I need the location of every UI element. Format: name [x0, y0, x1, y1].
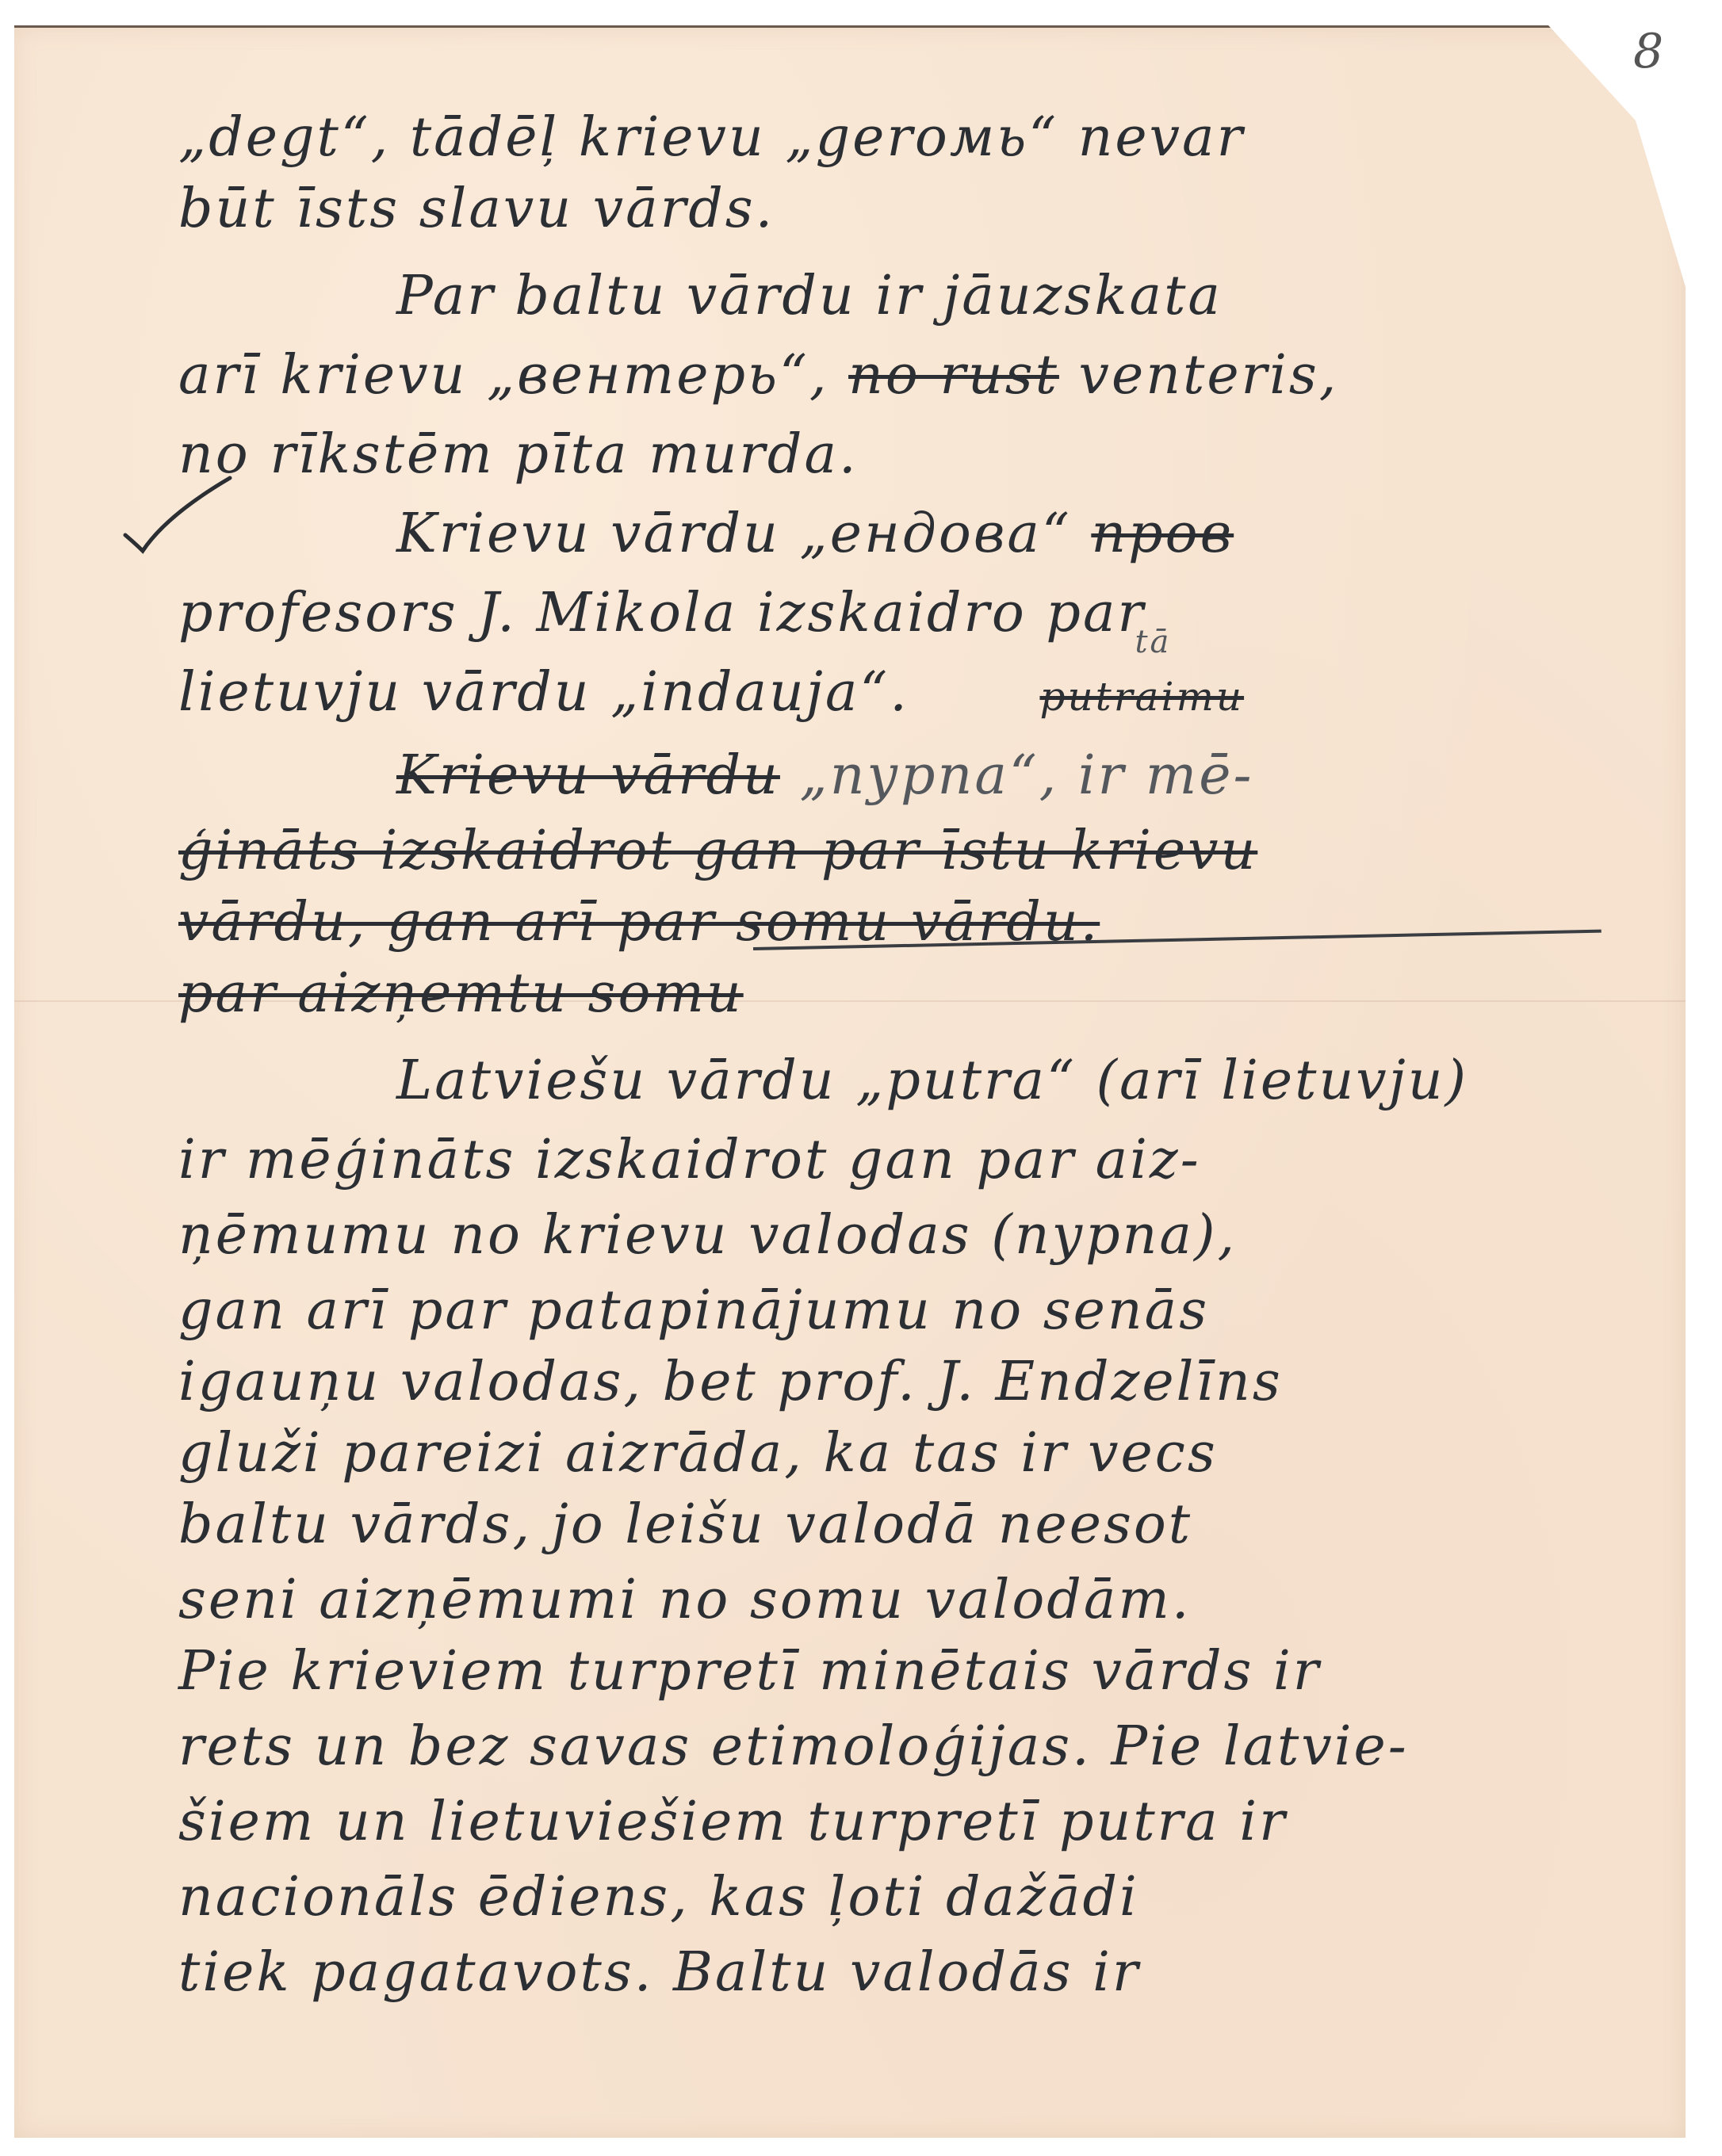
text-line: gan arī par patapinājumu no senās [178, 1284, 1209, 1338]
text-line: igauņu valodas, bet prof. J. Endzelīns [178, 1355, 1283, 1409]
text-line: nacionāls ēdiens, kas ļoti dažādi [178, 1871, 1139, 1925]
text-line: lietuvju vārdu „indauja“. tā putraimu [178, 666, 1244, 720]
struck-text: „пурпа“, ir mē- [780, 744, 1254, 807]
text-line: no rīkstēm pīta murda. [178, 428, 859, 482]
struck-paragraph-line: Krievu vārdu „пурпа“, ir mē- [396, 749, 1253, 803]
text-line: ņēmumu no krievu valodas (пурпа), [178, 1209, 1237, 1263]
paragraph-start-line: Krievu vārdu „ендова“ пров [396, 507, 1234, 561]
paragraph-start-line: Par baltu vārdu ir jāuzskata [396, 269, 1223, 323]
struck-text: putraimu [1039, 674, 1244, 720]
text-line: ir mēģināts izskaidrot gan par aiz- [178, 1133, 1201, 1187]
struck-line: vārdu, gan arī par somu vārdu. [178, 896, 1100, 950]
text-line: šiem un lietuviešiem turpretī putra ir [178, 1795, 1288, 1849]
text-line: seni aizņēmumi no somu valodām. [178, 1573, 1191, 1627]
struck-text: Krievu vārdu [396, 744, 780, 807]
manuscript-body: „degt“, tādēļ krievu „gerомь“ nevar būt … [0, 0, 1722, 2156]
text-line: rets un bez savas etimoloģijas. Pie latv… [178, 1720, 1409, 1774]
struck-text: пров [1091, 503, 1234, 565]
text-fragment: Krievu vārdu „ендова“ [396, 503, 1091, 565]
struck-line: ģināts izskaidrot gan par īstu krievu [178, 824, 1257, 878]
text-line: gluži pareizi aizrāda, ka tas ir vecs [178, 1427, 1218, 1481]
text-line: „degt“, tādēļ krievu „gerомь“ nevar [178, 111, 1245, 165]
text-line: Pie krieviem turpretī minētais vārds ir [178, 1645, 1321, 1699]
text-line: tiek pagatavots. Baltu valodās ir [178, 1946, 1140, 2000]
text-fragment: lietuvju vārdu „indauja“. [178, 661, 909, 724]
insertion-above: tā [1135, 626, 1171, 658]
text-line: būt īsts slavu vārds. [178, 182, 775, 236]
paragraph-start-line: Latviešu vārdu „putra“ (arī lietuvju) [396, 1054, 1468, 1108]
text-line: arī krievu „вентерь“, no rust venteris, [178, 349, 1338, 403]
struck-line: par aizņemtu somu [178, 967, 744, 1021]
text-fragment: venteris, [1059, 344, 1338, 407]
text-line: baltu vārds, jo leišu valodā neesot [178, 1498, 1192, 1552]
text-fragment: arī krievu „вентерь“, [178, 344, 848, 407]
text-line: profesors J. Mikola izskaidro par [178, 587, 1146, 640]
struck-text: no rust [848, 344, 1059, 407]
